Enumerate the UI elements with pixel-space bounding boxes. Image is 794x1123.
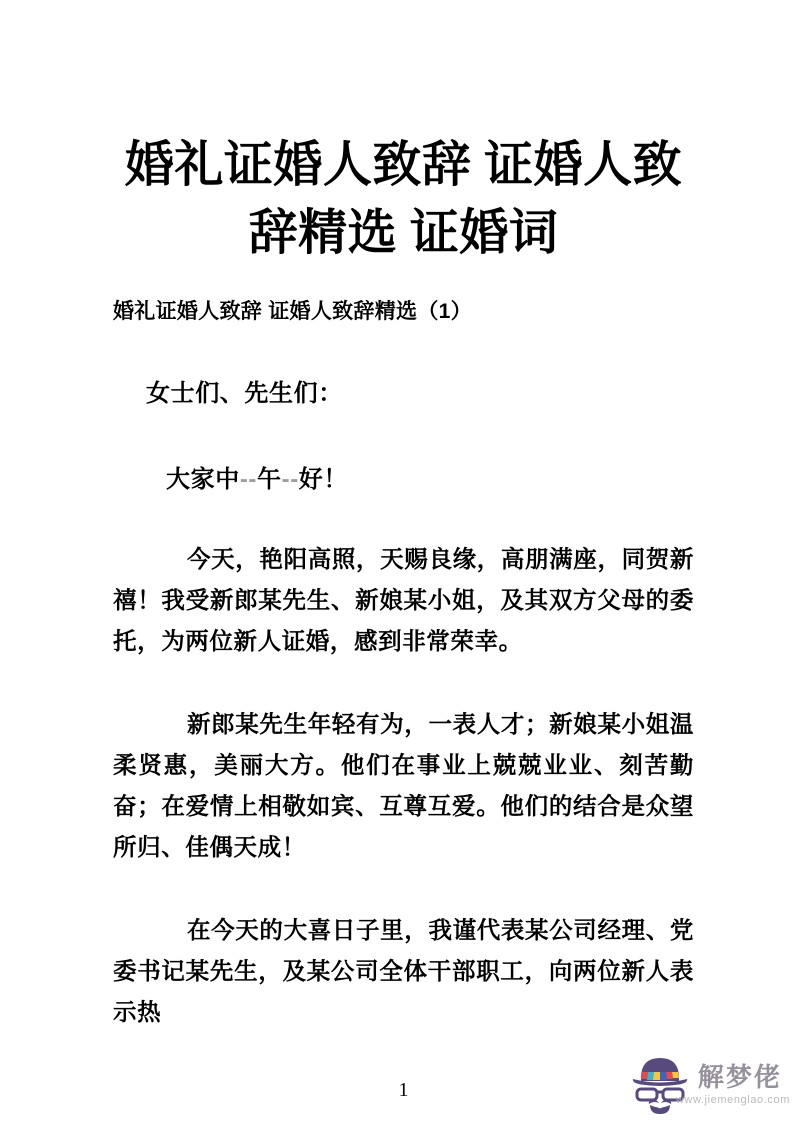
document-content: 婚礼证婚人致辞 证婚人致辞精选 证婚词 婚礼证婚人致辞 证婚人致辞精选（1） 女… [0, 0, 794, 1102]
document-page: { "page": { "title_heading": "婚礼证婚人致辞 证婚… [0, 0, 794, 1123]
watermark-text-column: 解梦佬 www.jiemenglao.com [698, 1062, 790, 1107]
page-number: 1 [113, 1078, 694, 1102]
watermark-url: www.jiemenglao.com [676, 1094, 790, 1107]
salute-dash-1: -- [240, 466, 257, 493]
section-heading: 婚礼证婚人致辞 证婚人致辞精选（1） [113, 297, 694, 327]
watermark-brand-name: 解梦佬 [698, 1062, 790, 1092]
body-paragraph-1: 今天，艳阳高照，天赐良缘，高朋满座，同贺新禧！我受新郎某先生、新娘某小姐，及其双… [113, 539, 694, 662]
body-paragraph-2: 新郎某先生年轻有为，一表人才；新娘某小姐温柔贤惠，美丽大方。他们在事业上兢兢业业… [113, 704, 694, 868]
salute-segment-2: 午 [257, 466, 282, 493]
salute-segment-3: 好！ [299, 466, 348, 493]
greeting-line: 女士们、先生们： [146, 379, 694, 409]
salute-dash-2: -- [282, 466, 299, 493]
body-paragraph-3: 在今天的大喜日子里，我谨代表某公司经理、党委书记某先生，及某公司全体干部职工，向… [113, 910, 694, 1033]
salute-segment-1: 大家中 [166, 466, 240, 493]
jiemenglao-watermark: 解梦佬 www.jiemenglao.com [628, 1053, 790, 1115]
salute-line: 大家中--午--好！ [166, 465, 694, 495]
document-title: 婚礼证婚人致辞 证婚人致辞精选 证婚词 [113, 0, 694, 267]
